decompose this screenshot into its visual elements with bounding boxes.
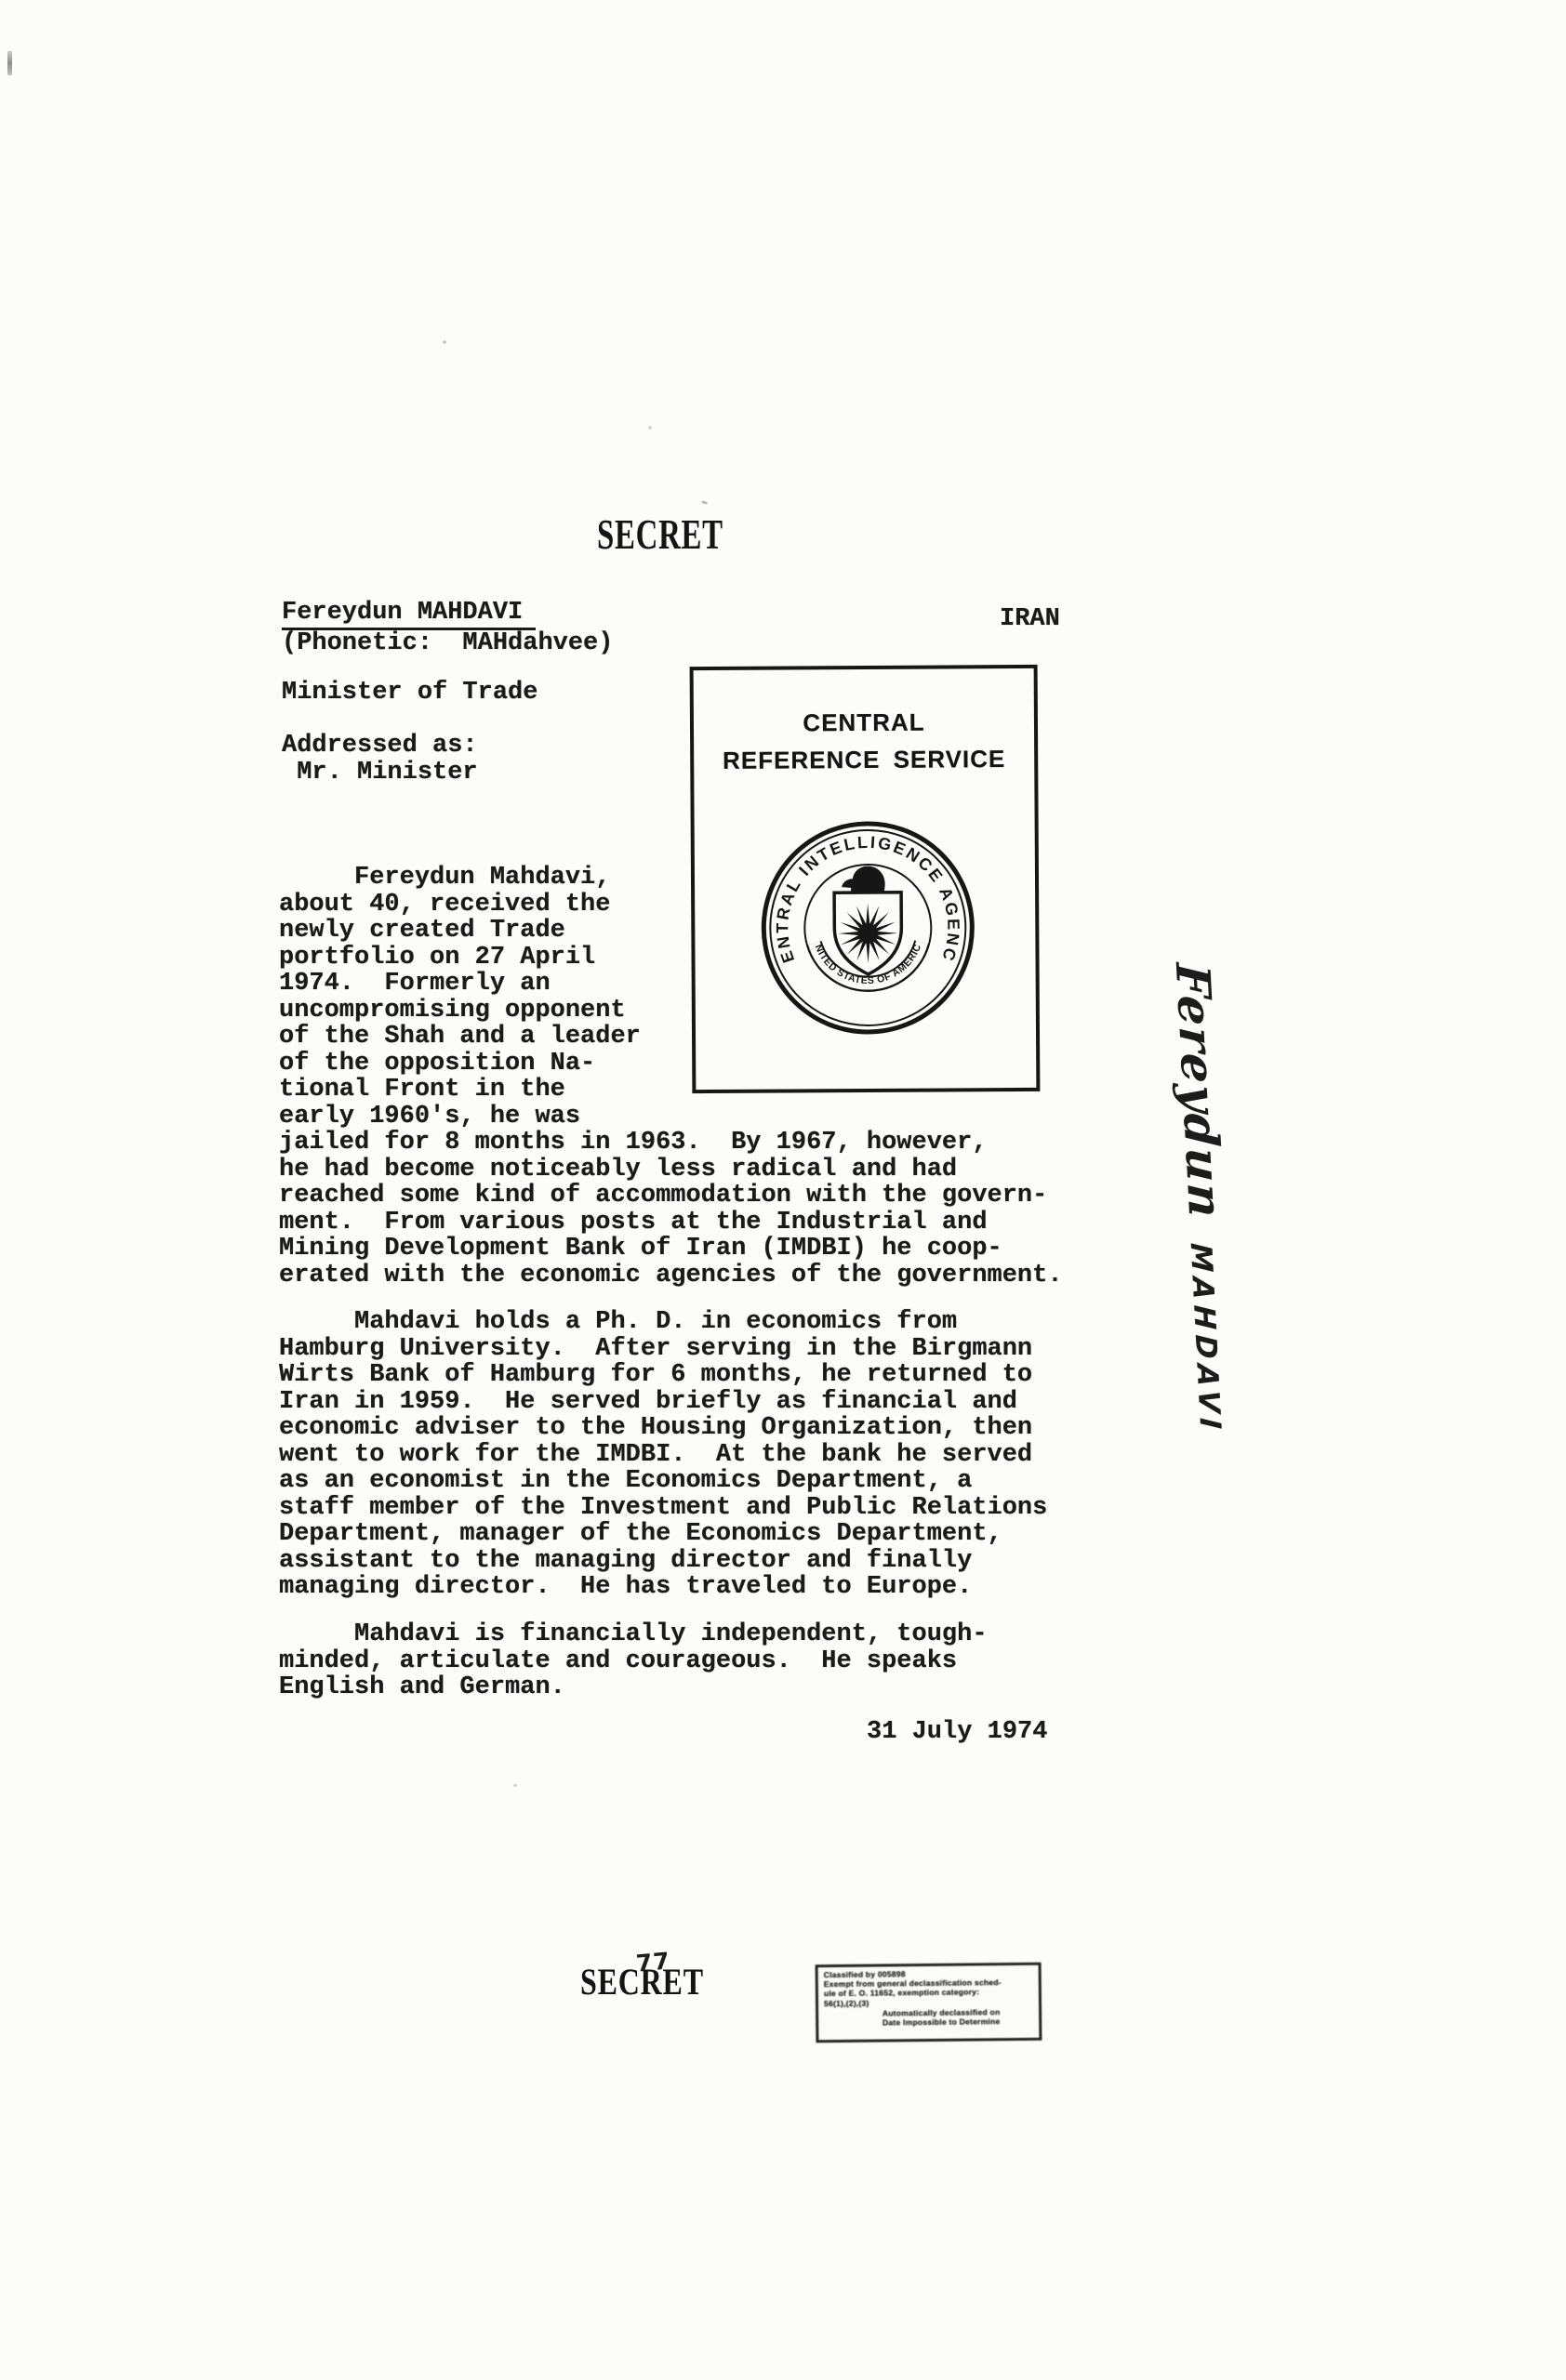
- signature-last-name: MAHDAVI: [1184, 1242, 1228, 1435]
- signature-first-name: Fereydun: [1165, 962, 1234, 1221]
- crs-box-title-line2: REFERENCE SERVICE: [694, 745, 1034, 775]
- scan-speck: [443, 340, 446, 344]
- person-name: Fereydun MAHDAVI: [282, 600, 536, 630]
- paragraph-3: Mahdavi is financially independent, toug…: [279, 1621, 988, 1701]
- subject-name-block: Fereydun MAHDAVI(Phonetic: MAHdahvee): [282, 600, 613, 656]
- country-tag: IRAN: [1000, 606, 1060, 633]
- central-reference-service-box: CENTRAL REFERENCE SERVICE UNITED STATES …: [690, 665, 1041, 1093]
- cia-seal-icon: UNITED STATES OF AMERICA CENTRAL INTELLI…: [756, 815, 980, 1039]
- scan-artifact-line: [7, 51, 12, 75]
- scan-speck: [648, 426, 652, 430]
- crs-box-title-line1: CENTRAL: [694, 707, 1034, 738]
- addressed-as: Addressed as: Mr. Minister: [282, 733, 478, 786]
- stamp-text-center: Automatically declassified on Date Impos…: [824, 2007, 1034, 2029]
- document-page: SECRET Fereydun MAHDAVI(Phonetic: MAHdah…: [0, 0, 1566, 2380]
- classification-header: SECRET: [597, 510, 723, 559]
- scan-speck: [513, 1784, 517, 1787]
- paragraph-1-narrow: Fereydun Mahdavi, about 40, received the…: [279, 865, 641, 1130]
- paragraph-1-wide: jailed for 8 months in 1963. By 1967, ho…: [279, 1130, 1063, 1289]
- stamp-text-left: Classified by 005898 Exempt from general…: [824, 1968, 1034, 2008]
- document-date: 31 July 1974: [867, 1719, 1047, 1746]
- phonetic-spelling: (Phonetic: MAHdahvee): [282, 629, 613, 657]
- scan-speck: [701, 500, 709, 505]
- job-title: Minister of Trade: [282, 680, 537, 707]
- seal-eagle-head: [842, 866, 885, 894]
- paragraph-2: Mahdavi holds a Ph. D. in economics from…: [279, 1309, 1047, 1601]
- signature: FereydunMAHDAVI: [1108, 959, 1245, 1430]
- declassification-stamp: Classified by 005898 Exempt from general…: [816, 1963, 1042, 2043]
- page-number: 77: [635, 1947, 671, 1977]
